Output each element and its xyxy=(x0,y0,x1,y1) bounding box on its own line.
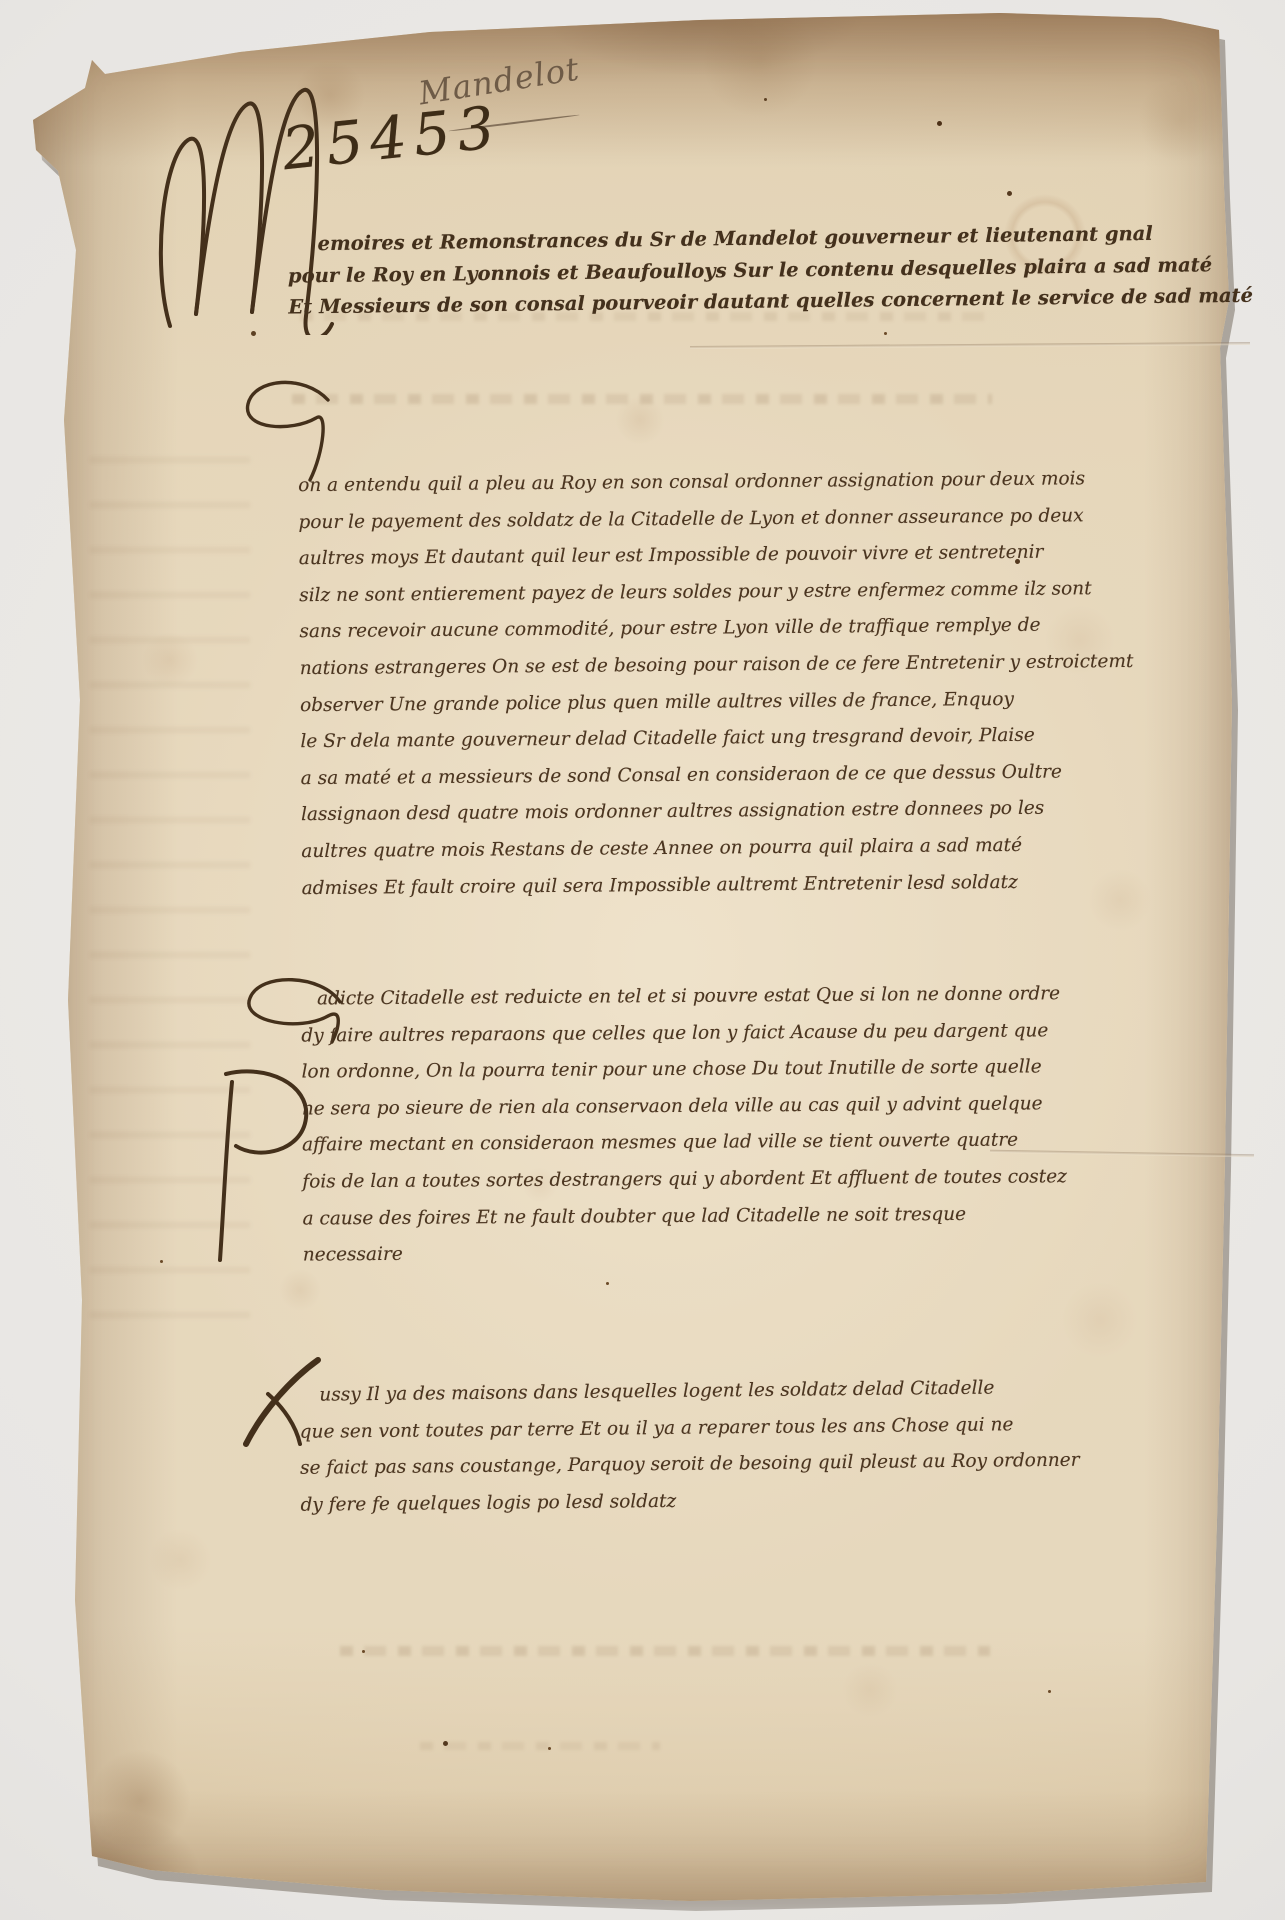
manuscript-line: adicte Citadelle est reduicte en tel et … xyxy=(301,983,1025,1025)
manuscript-line: observer Une grande police plus quen mil… xyxy=(300,688,1024,731)
paragraph-1: on a entendu quil a pleu au Roy en son c… xyxy=(298,469,1026,914)
manuscript-line: admises Et fault croire quil sera Imposs… xyxy=(302,871,1026,914)
manuscript-line: lassignaon desd quatre mois ordonner aul… xyxy=(301,798,1025,841)
manuscript-line: a sa maté et a messieurs de sond Consal … xyxy=(301,762,1025,805)
manuscript-line: aultres moys Et dautant quil leur est Im… xyxy=(299,542,1023,585)
photo-backdrop: Mandelot 25453 emoires et Remonstrances … xyxy=(0,0,1285,1920)
verso-bleedthrough-line xyxy=(420,1742,660,1750)
manuscript-line: aultres quatre mois Restans de ceste Ann… xyxy=(301,835,1025,878)
verso-bleedthrough-line xyxy=(292,394,992,404)
verso-bleedthrough-line xyxy=(340,1646,990,1656)
manuscript-line: dy fere fe quelques logis po lesd soldat… xyxy=(300,1487,1024,1531)
title-block: emoires et Remonstrances du Sr de Mandel… xyxy=(287,224,1024,327)
manuscript-line: pour le payement des soldatz de la Citad… xyxy=(298,505,1022,548)
manuscript-line: lon ordonne, On la pourra tenir pour une… xyxy=(301,1057,1025,1099)
paragraph1-initial-l-flourish xyxy=(238,372,338,484)
manuscript-line: nations estrangeres On se est de besoing… xyxy=(300,652,1024,695)
manuscript-line: a cause des foires Et ne fault doubter q… xyxy=(303,1203,1027,1245)
manuscript-line: ne sera po sieure de rien ala conservaon… xyxy=(302,1093,1026,1135)
ink-specks xyxy=(0,0,3,3)
manuscript-line: le Sr dela mante gouverneur delad Citade… xyxy=(300,725,1024,768)
manuscript-line: on a entendu quil a pleu au Roy en son c… xyxy=(298,469,1022,512)
manuscript-line: dy faire aultres reparaons que celles qu… xyxy=(301,1020,1025,1062)
manuscript-line: affaire mectant en consideraon mesmes qu… xyxy=(302,1130,1026,1172)
paragraph3-initial-p-flourish xyxy=(198,1062,320,1268)
manuscript-line: sans recevoir aucune commodité, pour est… xyxy=(299,615,1023,658)
paragraph-2: adicte Citadelle est reduicte en tel et … xyxy=(301,983,1027,1281)
paragraph-3: ussy Il ya des maisons dans lesquelles l… xyxy=(299,1377,1024,1531)
manuscript-line: fois de lan a toutes sortes destrangers … xyxy=(302,1166,1026,1208)
manuscript-line: necessaire xyxy=(303,1240,1027,1282)
